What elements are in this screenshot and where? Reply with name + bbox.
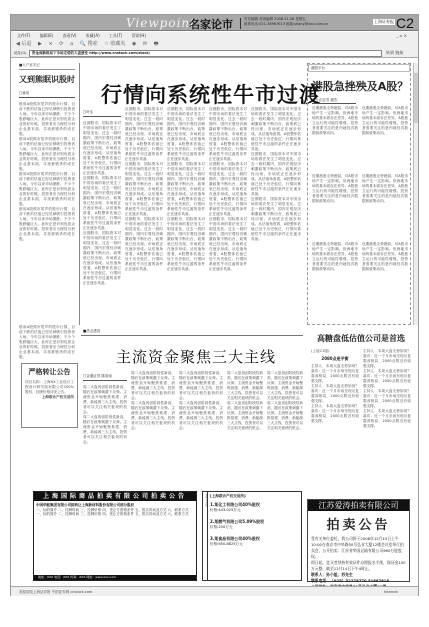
article-body: 近期港股走势疲弱，对A股市场产生一定影响。但两地市场的基本面存在差异，A股独立运… bbox=[362, 174, 408, 204]
address-bar: 地址(D) 资金面新格局下市场走势的大盘演变 http://www.cnstoc… bbox=[11, 49, 418, 58]
article-body: 主持人：本周大盘走势如何？嘉宾：近一个月市场呈现反复震荡格局，2000点附近有较… bbox=[363, 389, 411, 409]
article-body: 借用A股熊市尾声的股市行情，目前下跌的估值已经足够吸引投资者入场。今年以来市场暴… bbox=[19, 137, 75, 172]
article-column: 周二大盘再创阶段性新高，随后在政策刺激下反弹。主流资金开始聚焦基建、消费、新能源… bbox=[227, 371, 263, 431]
mail-icon[interactable]: ✉ bbox=[143, 41, 147, 47]
divider bbox=[81, 335, 303, 336]
listing-price: 价格:650.8825万元 bbox=[210, 542, 299, 547]
article-body: 近期股市，国际资本对中国市场的看法发生了明显变化。过去一段时期内，国内宏观经济刺… bbox=[251, 107, 301, 152]
page-number: C2 bbox=[396, 15, 414, 31]
left-column-article: ■大户室手记 又到熊眠识股时 □童用 借用A股熊市尾声的股市行情，目前下跌的估值… bbox=[19, 63, 75, 242]
article-body: 主持人：本周大盘走势如何？嘉宾：近一个月市场呈现反复震荡格局，2000点附近有较… bbox=[363, 369, 411, 389]
article-body: 主持人：本周大盘走势如何？嘉宾：近一个月市场呈现反复震荡格局，2000点附近有较… bbox=[311, 404, 359, 424]
company-name: 江苏爱涛拍卖有限公司 bbox=[308, 500, 409, 511]
article-body: 周二大盘再创阶段性新高，随后在政策刺激下反弹。主流资金开始聚焦基建、消费、新能源… bbox=[267, 401, 303, 431]
article-body: 周二大盘再创阶段性新高，随后在政策刺激下反弹。主流资金开始聚焦基建、消费、新能源… bbox=[267, 371, 303, 401]
article-body: 近期股市，国际资本对中国市场的看法发生了明显变化。过去一段时期内，国内宏观经济刺… bbox=[167, 217, 205, 272]
listing-title: [上海联合产权交易所] bbox=[210, 494, 299, 499]
kicker: ■热点透视 bbox=[83, 329, 100, 334]
auction-notice-shanghai: 上海国际商品拍卖有限公司拍卖公告 中国华能集团有限公司拟转让上海新材料股份有限公… bbox=[33, 491, 197, 581]
menu-tools[interactable]: 工具(T) bbox=[109, 33, 123, 38]
auction-registration: 即日起，竞买者须持有效证件办理报名手续，保证金100万元整，截至12月14日下午… bbox=[308, 560, 409, 572]
listing-price: 价格:443.025万元 bbox=[210, 508, 299, 513]
article-body: 近期股市，国际资本对中国市场的看法发生了明显变化。过去一段时期内，国内宏观经济刺… bbox=[83, 176, 121, 231]
article-headline: 又到熊眠识股时 bbox=[19, 74, 75, 85]
article-body: 周二大盘再创阶段性新高，随后在政策刺激下反弹。主流资金开始聚焦基建、消费、新能源… bbox=[179, 401, 223, 431]
refresh-icon[interactable]: ⟳ bbox=[59, 41, 63, 47]
article-body: 近期股市，国际资本对中国市场的看法发生了明显变化。过去一段时期内，国内宏观经济刺… bbox=[125, 162, 163, 217]
article-column: 周二大盘再创阶段性新高，随后在政策刺激下反弹。主流资金开始聚焦基建、消费、新能源… bbox=[267, 371, 303, 431]
divider bbox=[240, 18, 241, 29]
article-body: 借用A股熊市尾声的股市行情，目前下跌的估值已经足够吸引投资者入场。今年以来市场暴… bbox=[19, 325, 75, 360]
scrollbar[interactable] bbox=[413, 63, 418, 325]
article-body: 周二大盘再创阶段性新高，随后在政策刺激下反弹。主流资金开始聚焦基建、消费、新能源… bbox=[83, 415, 127, 445]
article-body: 近期港股走势疲弱，对A股市场产生一定影响。但两地市场的基本面存在差异，A股独立运… bbox=[312, 106, 358, 136]
main-headline: 行情向系统性牛市过渡 bbox=[101, 79, 321, 109]
notice-body: 项目名称：上海XX工业设计工程设计研究院有限公司100%股权，挂牌价格详见公告。 bbox=[25, 380, 74, 395]
search-icon[interactable]: 🔍 搜索 bbox=[80, 41, 98, 47]
stop-icon[interactable]: ⨯ bbox=[48, 41, 52, 47]
favorites-icon[interactable]: ☆ 收藏夹 bbox=[104, 41, 125, 47]
article-column: 周二大盘再创阶段性新高，随后在政策刺激下反弹。主流资金开始聚焦基建、消费、新能源… bbox=[131, 371, 175, 431]
side-article-column: (上接C1版) 2080点是平衡 主持人：本周大盘走势如何？嘉宾：近一个月市场呈… bbox=[311, 349, 359, 424]
subheading: 2080点是平衡 bbox=[311, 356, 359, 362]
transfer-notice: 严格转让公告 项目名称：上海XX工业设计工程设计研究院有限公司100%股权，挂牌… bbox=[21, 363, 78, 428]
article-body: 借用A股熊市尾声的股市行情，目前下跌的估值已经足够吸引投资者入场。今年以来市场暴… bbox=[19, 172, 75, 207]
back-icon[interactable]: ◀ 后退 bbox=[16, 41, 31, 47]
listing-price: 价格:200万元 bbox=[210, 525, 299, 530]
article-body: 近期股市，国际资本对中国市场的看法发生了明显变化。过去一段时期内，国内宏观经济刺… bbox=[251, 152, 301, 197]
browser-window: Viewpoint 名家论市 责任编辑 首席编辑 2008.11.28 星期五 … bbox=[10, 14, 419, 596]
status-bar: 欢迎浏览上海证券报 中国证券网 cnstock.com Internet bbox=[11, 586, 418, 596]
article-body: 周二大盘再创阶段性新高，随后在政策刺激下反弹。主流资金开始聚焦基建、消费、新能源… bbox=[83, 385, 127, 415]
forward-icon[interactable]: ▶ bbox=[38, 41, 42, 47]
notice-signature: 上海联合产权交易所 bbox=[25, 395, 74, 400]
auction-body: 受有关单位委托，我公司将于2008年12月15日上午10:00在南京市中华路50… bbox=[308, 536, 409, 560]
article-body: 主持人：本周大盘走势如何？嘉宾：近一个月市场呈现反复震荡格局，2000点附近有较… bbox=[363, 409, 411, 429]
menu-view[interactable]: 查看(V) bbox=[63, 33, 77, 38]
article-body: 近期港股走势疲弱，对A股市场产生一定影响。但两地市场的基本面存在差异，A股独立运… bbox=[362, 242, 408, 272]
byline: □叶弘 bbox=[83, 110, 121, 117]
article-body: 周二大盘再创阶段性新高，随后在政策刺激下反弹。主流资金开始聚焦基建、消费、新能源… bbox=[227, 401, 263, 431]
byline: □童用 bbox=[19, 91, 75, 98]
article-body: 近期股市，国际资本对中国市场的看法发生了明显变化。过去一段时期内，国内宏观经济刺… bbox=[209, 107, 247, 162]
panel-headline: 港股急挫殃及A股？ bbox=[308, 78, 412, 94]
article-body: 近期股市，国际资本对中国市场的看法发生了明显变化。过去一段时期内，国内宏观经济刺… bbox=[209, 162, 247, 217]
article-body: 周二大盘再创阶段性新高，随后在政策刺激下反弹。主流资金开始聚焦基建、消费、新能源… bbox=[131, 401, 175, 431]
address-input[interactable]: 资金面新格局下市场走势的大盘演变 http://www.cnstock.com/… bbox=[29, 50, 382, 57]
right-panel-article: 港股平台 港股急挫殃及A股？ □方正证券 谢杰 近期港股走势疲弱，对A股市场产生… bbox=[307, 63, 411, 325]
article-body: 近期股市，国际资本对中国市场的看法发生了明显变化。过去一段时期内，国内宏观经济刺… bbox=[167, 162, 205, 217]
go-button[interactable]: 转到 链接 bbox=[386, 50, 403, 56]
left-column-continued: 借用A股熊市尾声的股市行情，目前下跌的估值已经足够吸引投资者入场。今年以来市场暴… bbox=[19, 325, 75, 360]
window-controls[interactable]: _ ▫ × bbox=[396, 32, 407, 40]
byline: □方正证券 谢杰 bbox=[312, 98, 356, 104]
paper-name: 上海证券报 bbox=[373, 19, 395, 25]
menu-bar: 文件(F) 编辑(E) 查看(V) 收藏(A) 工具(T) 帮助(H) _ ▫ … bbox=[11, 32, 418, 40]
menu-favorites[interactable]: 收藏(A) bbox=[86, 33, 100, 38]
notice-title: 严格转让公告 bbox=[25, 367, 74, 377]
newspaper-banner: Viewpoint 名家论市 责任编辑 首席编辑 2008.11.28 星期五 … bbox=[11, 15, 418, 31]
article-body: 周二大盘再创阶段性新高，随后在政策刺激下反弹。主流资金开始聚焦基建、消费、新能源… bbox=[131, 371, 175, 401]
second-headline: 主流资金聚焦三大主线 bbox=[116, 346, 276, 367]
column-divider bbox=[79, 63, 80, 325]
internet-zone: Internet bbox=[384, 587, 398, 597]
print-icon[interactable]: 🖶 bbox=[154, 41, 159, 47]
property-listing: [上海联合产权交易所] 1.某化工有限公司40%股权 价格:443.025万元 … bbox=[207, 491, 302, 581]
article-body: 周二大盘再创阶段性新高，随后在政策刺激下反弹。主流资金开始聚焦基建、消费、新能源… bbox=[179, 371, 223, 401]
side-article-column: 主持人：本周大盘走势如何？嘉宾：近一个月市场呈现反复震荡格局，2000点附近有较… bbox=[363, 349, 411, 429]
article-body: 近期股市，国际资本对中国市场的看法发生了明显变化。过去一段时期内，国内宏观经济刺… bbox=[251, 197, 301, 242]
browser-toolbar: ◀ 后退 ▶ ⨯ ⟳ ⌂ 🔍 搜索 ☆ 收藏夹 ◉ ✉ 🖶 bbox=[11, 40, 418, 49]
article-body: 近期股市，国际资本对中国市场的看法发生了明显变化。过去一段时期内，国内宏观经济刺… bbox=[167, 107, 205, 162]
scrollbar-thumb[interactable] bbox=[414, 73, 418, 123]
address-label: 地址(D) bbox=[14, 51, 26, 56]
article-body: 近期港股走势疲弱，对A股市场产生一定影响。但两地市场的基本面存在差异，A股独立运… bbox=[312, 174, 358, 204]
home-icon[interactable]: ⌂ bbox=[70, 41, 73, 47]
article-body: 近期股市，国际资本对中国市场的看法发生了明显变化。过去一段时期内，国内宏观经济刺… bbox=[125, 217, 163, 272]
editor-info: 责任编辑 首席编辑 2008.11.28 星期五 联系电话:021-389676… bbox=[244, 17, 344, 27]
article-column: □金通证券 陈洛南 周二大盘再创阶段性新高，随后在政策刺激下反弹。主流资金开始聚… bbox=[83, 371, 127, 445]
article-body: 近期股市，国际资本对中国市场的看法发生了明显变化。过去一段时期内，国内宏观经济刺… bbox=[209, 217, 247, 272]
article-body: 主持人：本周大盘走势如何？嘉宾：近一个月市场呈现反复震荡格局，2000点附近有较… bbox=[363, 349, 411, 369]
notice-body: 一、标的简介 二、挂牌时间 三、挂牌价格 四、受让方资格条件 五、报名时间及方式… bbox=[36, 512, 194, 517]
newspaper-page: ■大户室手记 又到熊眠识股时 □童用 借用A股熊市尾声的股市行情，目前下跌的估值… bbox=[11, 59, 418, 586]
article-body: 主持人：本周大盘走势如何？嘉宾：近一个月市场呈现反复震荡格局，2000点附近有较… bbox=[311, 364, 359, 384]
article-body: 近期港股走势疲弱，对A股市场产生一定影响。但两地市场的基本面存在差异，A股独立运… bbox=[362, 106, 408, 136]
article-column: 近期股市，国际资本对中国市场的看法发生了明显变化。过去一段时期内，国内宏观经济刺… bbox=[209, 107, 247, 272]
menu-edit[interactable]: 编辑(E) bbox=[40, 33, 54, 38]
article-body: 近期股市，国际资本对中国市场的看法发生了明显变化。过去一段时期内，国内宏观经济刺… bbox=[83, 121, 121, 176]
article-column: 近期股市，国际资本对中国市场的看法发生了明显变化。过去一段时期内，国内宏观经济刺… bbox=[125, 107, 163, 272]
article-body: 近期港股走势疲弱，对A股市场产生一定影响。但两地市场的基本面存在差异，A股独立运… bbox=[312, 242, 358, 272]
status-text: 欢迎浏览上海证券报 中国证券网 cnstock.com bbox=[19, 590, 92, 594]
article-body: 借用A股熊市尾声的股市行情，目前下跌的估值已经足够吸引投资者入场。今年以来市场暴… bbox=[19, 207, 75, 242]
viewpoint-logo: Viewpoint bbox=[126, 16, 196, 30]
auction-title: 拍卖公告 bbox=[308, 514, 409, 533]
byline: (上接C1版) bbox=[311, 349, 359, 354]
article-body: 主持人：本周大盘走势如何？嘉宾：近一个月市场呈现反复震荡格局，2000点附近有较… bbox=[311, 384, 359, 404]
menu-file[interactable]: 文件(F) bbox=[17, 33, 30, 38]
media-icon[interactable]: ◉ bbox=[132, 41, 136, 47]
auction-notice-jiangsu: 江苏爱涛拍卖有限公司 拍卖公告 受有关单位委托，我公司将于2008年12月15日… bbox=[307, 499, 410, 582]
article-body: 近期股市，国际资本对中国市场的看法发生了明显变化。过去一段时期内，国内宏观经济刺… bbox=[83, 231, 121, 286]
info-line: 联系电话:021-38967613 邮箱:shany@xxx.com.cn bbox=[244, 22, 344, 27]
article-body: 周二大盘再创阶段性新高，随后在政策刺激下反弹。主流资金开始聚焦基建、消费、新能源… bbox=[227, 371, 263, 401]
panel-select[interactable]: 港股平台 bbox=[308, 64, 410, 72]
article-column: 周二大盘再创阶段性新高，随后在政策刺激下反弹。主流资金开始聚焦基建、消费、新能源… bbox=[179, 371, 223, 431]
kicker: ■大户室手记 bbox=[19, 63, 75, 70]
section-title: 名家论市 bbox=[189, 16, 233, 32]
article-column: 近期股市，国际资本对中国市场的看法发生了明显变化。过去一段时期内，国内宏观经济刺… bbox=[251, 107, 301, 242]
notice-footer: 地址：XXX 电话：XXX 传真：XXX 网址：www.xxx.com bbox=[34, 575, 196, 580]
article-column: 近期股市，国际资本对中国市场的看法发生了明显变化。过去一段时期内，国内宏观经济刺… bbox=[167, 107, 205, 272]
byline: □金通证券 陈洛南 bbox=[83, 374, 127, 381]
notice-title: 上海国际商品拍卖有限公司拍卖公告 bbox=[34, 492, 196, 501]
side-headline: 高糖盘低估值公司是首选 bbox=[311, 333, 411, 344]
article-body: 借用A股熊市尾声的股市行情，目前下跌的估值已经足够吸引投资者入场。今年以来市场暴… bbox=[19, 102, 75, 137]
article-body: 近期股市，国际资本对中国市场的看法发生了明显变化。过去一段时期内，国内宏观经济刺… bbox=[125, 107, 163, 162]
article-column: □叶弘 近期股市，国际资本对中国市场的看法发生了明显变化。过去一段时期内，国内宏… bbox=[83, 107, 121, 286]
menu-help[interactable]: 帮助(H) bbox=[132, 33, 146, 38]
